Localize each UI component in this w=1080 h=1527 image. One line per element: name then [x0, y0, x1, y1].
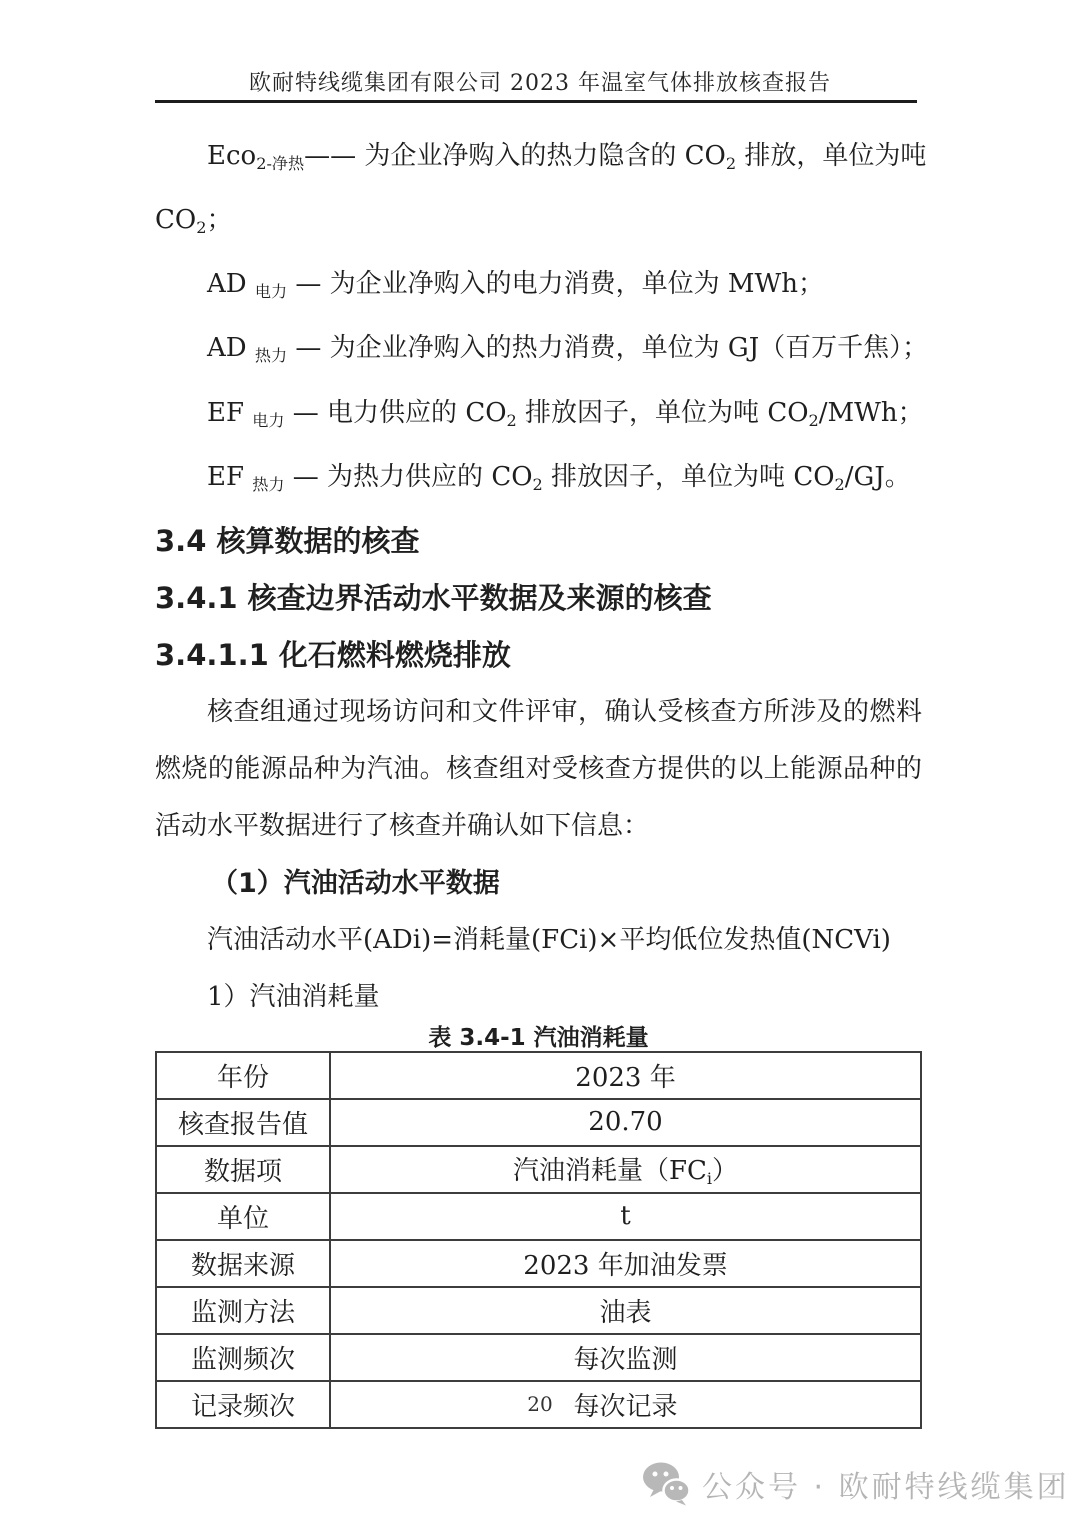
subsection-heading-gasoline-activity: （1）汽油活动水平数据: [155, 855, 922, 912]
row-label: 数据来源: [156, 1240, 330, 1287]
definition-ef-heat: EF 热力 — 为热力供应的 CO2 排放因子，单位为吨 CO2/GJ。: [155, 449, 922, 513]
table-row: 监测频次 每次监测: [156, 1334, 921, 1381]
wechat-watermark: 公众号 · 欧耐特线缆集团: [642, 1458, 1070, 1510]
row-value: 2023 年加油发票: [330, 1240, 921, 1287]
section-heading-3-4: 3.4 核算数据的核查: [155, 513, 922, 570]
wechat-icon: [642, 1462, 690, 1506]
table-row: 监测方法 油表: [156, 1287, 921, 1334]
page-number: 20: [0, 1392, 1080, 1416]
table-row: 单位 t: [156, 1193, 921, 1240]
row-label: 单位: [156, 1193, 330, 1240]
formula-gasoline-activity: 汽油活动水平(ADi)=消耗量(FCi)×平均低位发热值(NCVi): [155, 912, 922, 969]
table-row: 数据项 汽油消耗量（FCi）: [156, 1146, 921, 1193]
section-heading-3-4-1: 3.4.1 核查边界活动水平数据及来源的核查: [155, 570, 922, 627]
definition-eco2-net-heat-wrap: CO2；: [155, 192, 922, 256]
row-label: 监测方法: [156, 1287, 330, 1334]
page-body: Eco2-净热—— 为企业净购入的热力隐含的 CO2 排放，单位为吨 CO2； …: [155, 128, 922, 1429]
page-header-title: 欧耐特线缆集团有限公司 2023 年温室气体排放核查报告: [0, 66, 1080, 97]
wechat-account-label: 公众号 · 欧耐特线缆集团: [702, 1462, 1070, 1506]
table-caption: 表 3.4-1 汽油消耗量: [155, 1026, 922, 1051]
gasoline-consumption-table: 年份 2023 年 核查报告值 20.70 数据项 汽油消耗量（FCi） 单位 …: [155, 1051, 922, 1429]
table-row: 数据来源 2023 年加油发票: [156, 1240, 921, 1287]
row-value: t: [330, 1193, 921, 1240]
row-label: 年份: [156, 1052, 330, 1099]
row-label: 监测频次: [156, 1334, 330, 1381]
body-paragraph: 核查组通过现场访问和文件评审，确认受核查方所涉及的燃料燃烧的能源品种为汽油。核查…: [155, 684, 922, 855]
row-value: 汽油消耗量（FCi）: [330, 1146, 921, 1193]
list-item-gasoline-consumption: 1）汽油消耗量: [155, 969, 922, 1026]
definition-ef-electricity: EF 电力 — 电力供应的 CO2 排放因子，单位为吨 CO2/MWh；: [155, 385, 922, 449]
report-page: 欧耐特线缆集团有限公司 2023 年温室气体排放核查报告 Eco2-净热—— 为…: [0, 0, 1080, 1527]
section-heading-3-4-1-1: 3.4.1.1 化石燃料燃烧排放: [155, 627, 922, 684]
row-value: 2023 年: [330, 1052, 921, 1099]
definition-eco2-net-heat: Eco2-净热—— 为企业净购入的热力隐含的 CO2 排放，单位为吨: [155, 128, 922, 192]
table-row: 核查报告值 20.70: [156, 1099, 921, 1146]
row-value: 20.70: [330, 1099, 921, 1146]
row-value: 每次监测: [330, 1334, 921, 1381]
row-label: 数据项: [156, 1146, 330, 1193]
header-rule: [155, 100, 917, 103]
definition-ad-heat: AD 热力 — 为企业净购入的热力消费，单位为 GJ（百万千焦）；: [155, 320, 922, 384]
definition-ad-electricity: AD 电力 — 为企业净购入的电力消费，单位为 MWh；: [155, 256, 922, 320]
row-value: 油表: [330, 1287, 921, 1334]
row-label: 核查报告值: [156, 1099, 330, 1146]
table-row: 年份 2023 年: [156, 1052, 921, 1099]
